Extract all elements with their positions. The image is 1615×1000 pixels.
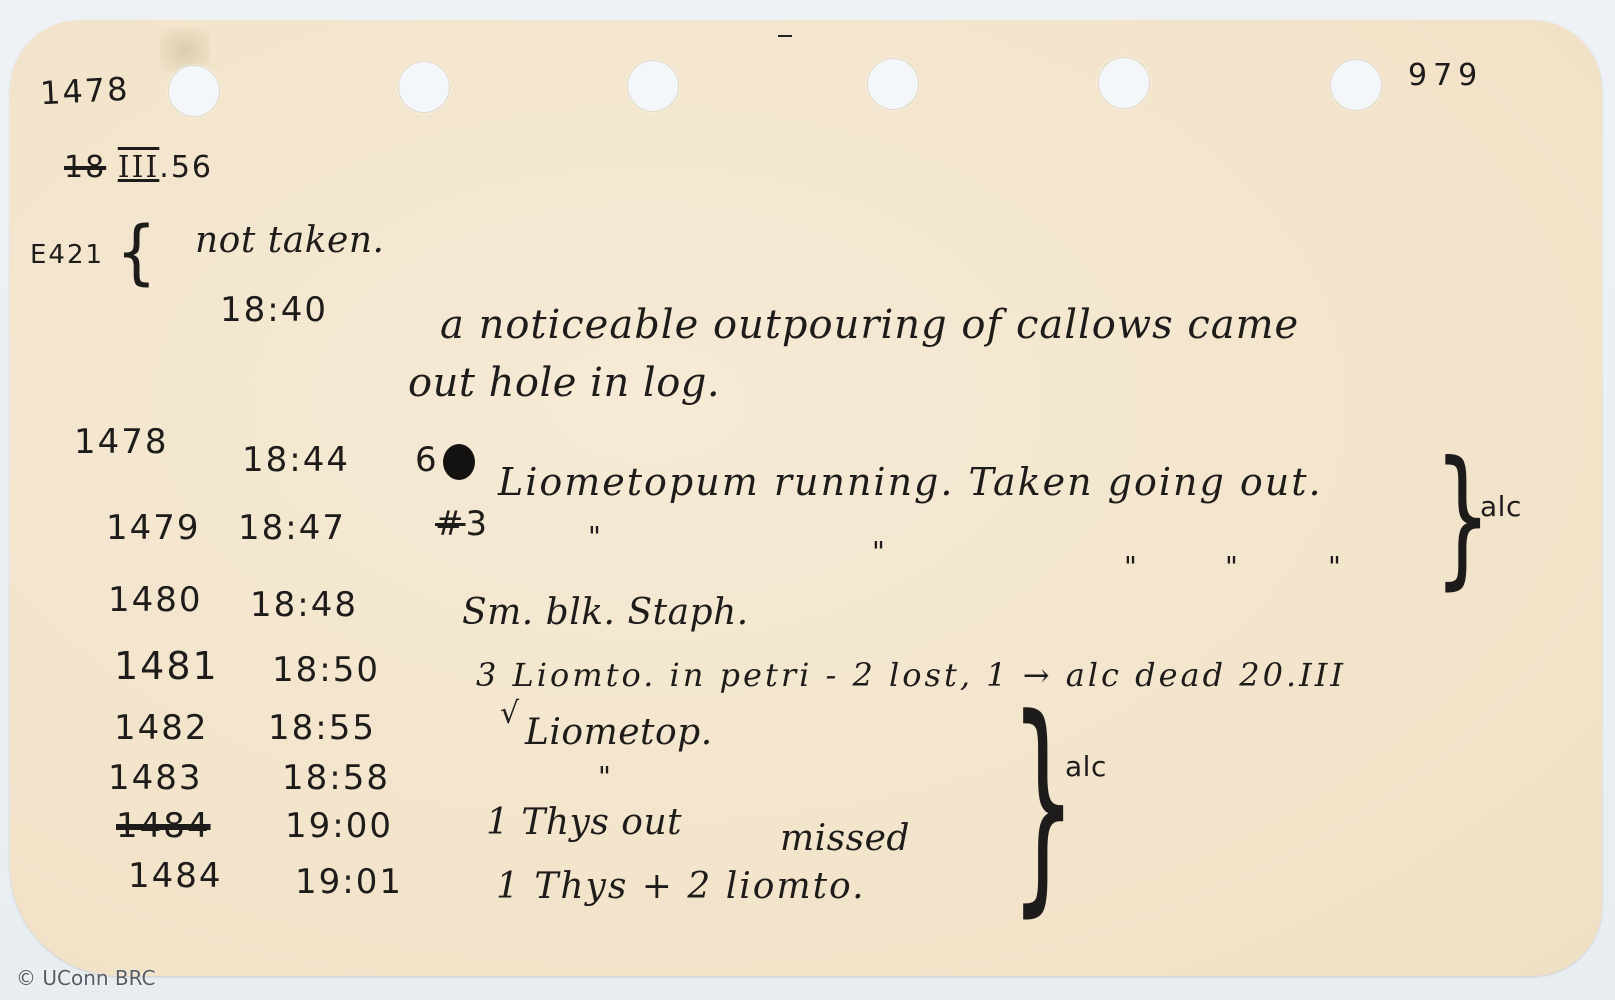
entry-time: 18:50 <box>272 650 380 690</box>
entry-prefix: 6 <box>415 440 479 480</box>
ditto-mark: " <box>872 535 885 568</box>
entry-time: 18:55 <box>268 708 376 748</box>
entry-note: missed <box>780 818 910 859</box>
image-viewer: 1478 979 18 III.56 E421 { not taken. 18:… <box>0 0 1615 1000</box>
top-left-number: 1478 <box>39 70 130 113</box>
left-brace: { <box>116 212 157 293</box>
entry-text: 1 Thys + 2 liomto. <box>496 866 866 907</box>
entry-id: 1479 <box>106 508 201 548</box>
entry-time: 18:48 <box>250 585 358 625</box>
ditto-mark: " <box>1225 550 1238 583</box>
entry-id: 1481 <box>114 644 219 688</box>
entry-id: 1480 <box>108 580 203 620</box>
copyright-watermark: © UConn BRC <box>16 966 156 990</box>
date: 18 III.56 <box>64 150 213 185</box>
entry-time: 18:40 <box>220 290 328 330</box>
ditto-mark: " <box>598 760 611 793</box>
entry-prefix: √ <box>500 696 521 731</box>
ditto-mark: " <box>1328 550 1341 583</box>
bracket-label: alc <box>1065 750 1107 783</box>
entry-text: Sm. blk. Staph. <box>462 592 749 633</box>
entry-time: 18:44 <box>242 440 350 480</box>
ditto-mark: " <box>588 520 601 553</box>
entry-time: 19:00 <box>285 806 393 846</box>
code-note: not taken. <box>195 220 384 261</box>
entry-id: 1484 <box>128 856 223 896</box>
punch-hole <box>867 58 919 110</box>
bracket-label: alc <box>1480 490 1522 523</box>
entry-id-struck: 1484 <box>116 806 211 846</box>
entry-prefix: #3 <box>435 504 489 544</box>
date-month: III <box>118 150 160 185</box>
entry-id: 1478 <box>74 422 169 462</box>
entry-text: 3 Liomto. in petri - 2 lost, 1 → alc dea… <box>476 656 1346 694</box>
entry-time: 19:01 <box>295 862 403 902</box>
ink-mark <box>778 35 792 37</box>
entry-text-line2: out hole in log. <box>408 360 720 406</box>
punch-hole <box>627 60 679 112</box>
entry-text: Liometop. <box>525 712 713 753</box>
specimen-code: E421 <box>30 240 104 270</box>
entry-time: 18:47 <box>238 508 346 548</box>
notebook-card: 1478 979 18 III.56 E421 { not taken. 18:… <box>10 20 1602 976</box>
punch-hole <box>168 65 220 117</box>
entry-text: Liometopum running. Taken going out. <box>498 460 1323 504</box>
entry-id: 1483 <box>108 758 203 798</box>
punch-hole <box>1098 57 1150 109</box>
punch-hole <box>1330 59 1382 111</box>
entry-text: 1 Thys out <box>486 802 682 843</box>
ditto-mark: " <box>1124 550 1137 583</box>
date-year: .56 <box>159 150 213 185</box>
black-dot-icon <box>443 444 475 480</box>
top-right-number: 979 <box>1408 58 1483 93</box>
right-brace: } <box>1010 670 1076 937</box>
date-day: 18 <box>64 150 106 185</box>
entry-text: a noticeable outpouring of callows came <box>440 302 1299 348</box>
entry-id: 1482 <box>114 708 209 748</box>
entry-time: 18:58 <box>282 758 390 798</box>
punch-hole <box>398 61 450 113</box>
